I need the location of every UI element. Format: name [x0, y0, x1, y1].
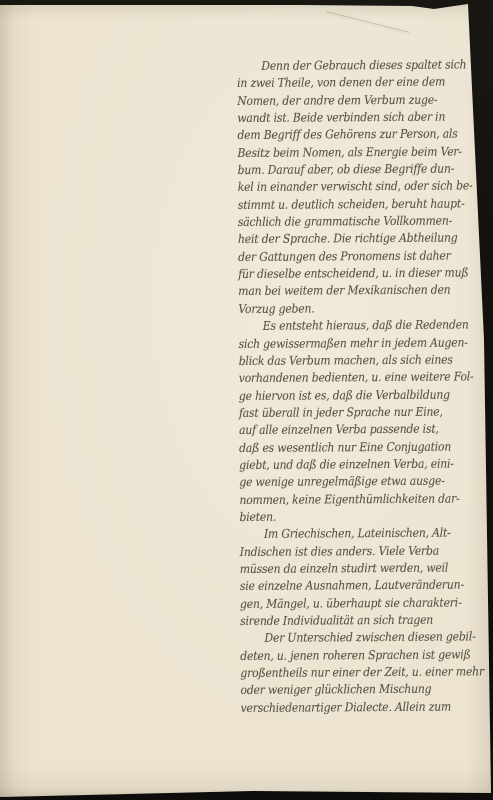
manuscript-line: für dieselbe entscheidend, u. in dieser …: [238, 264, 486, 283]
manuscript-line: daß es wesentlich nur Eine Conjugation: [239, 438, 487, 457]
manuscript-line: dem Begriff des Gehörens zur Person, als: [237, 126, 485, 145]
manuscript-line: oder weniger glücklichen Mischung: [240, 681, 488, 700]
manuscript-line: heit der Sprache. Die richtige Abtheilun…: [238, 230, 486, 249]
manuscript-paragraph: Denn der Gebrauch dieses spaltet sich in…: [237, 56, 487, 318]
manuscript-line: sie einzelne Ausnahmen, Lautveränderun-: [240, 577, 488, 596]
manuscript-line: gen, Mängel, u. überhaupt sie charakteri…: [240, 594, 488, 613]
manuscript-line: stimmt u. deutlich scheiden, beruht haup…: [238, 195, 486, 214]
manuscript-line: sirende Individualität an sich tragen: [240, 611, 488, 630]
manuscript-line: in zwei Theile, von denen der eine dem: [237, 74, 485, 93]
manuscript-line: Es entsteht hieraus, daß die Redenden: [238, 316, 486, 335]
manuscript-page: Denn der Gebrauch dieses spaltet sich in…: [0, 0, 493, 800]
manuscript-line: fast überall in jeder Sprache nur Eine,: [239, 403, 487, 422]
manuscript-line: blick das Verbum machen, als sich eines: [239, 351, 487, 370]
manuscript-line: bieten.: [239, 507, 487, 526]
manuscript-line: verschiedenartiger Dialecte. Allein zum: [241, 698, 489, 717]
manuscript-line: Besitz beim Nomen, als Energie beim Ver-: [237, 143, 485, 162]
manuscript-line: sich gewissermaßen mehr in jedem Augen-: [239, 334, 487, 353]
manuscript-line: auf alle einzelnen Verba passende ist,: [239, 421, 487, 440]
manuscript-line: Der Unterschied zwischen diesen gebil-: [240, 629, 488, 648]
manuscript-text-block: Denn der Gebrauch dieses spaltet sich in…: [237, 56, 489, 717]
manuscript-line: deten, u. jenen roheren Sprachen ist gew…: [240, 646, 488, 665]
manuscript-line: Indischen ist dies anders. Viele Verba: [240, 542, 488, 561]
paper-crease-mark: [326, 11, 410, 33]
manuscript-paragraph: Es entsteht hieraus, daß die Redenden si…: [238, 316, 488, 526]
manuscript-line: großentheils nur einer der Zeit, u. eine…: [240, 663, 488, 682]
manuscript-line: nommen, keine Eigenthümlichkeiten dar-: [239, 490, 487, 509]
manuscript-line: Vorzug geben.: [238, 299, 486, 318]
manuscript-line: sächlich die grammatische Vollkommen-: [238, 212, 486, 231]
manuscript-line: wandt ist. Beide verbinden sich aber in: [237, 108, 485, 127]
manuscript-line: ge wenige unregelmäßige etwa ausge-: [239, 473, 487, 492]
manuscript-line: der Gattungen des Pronomens ist daher: [238, 247, 486, 266]
manuscript-paragraph: Der Unterschied zwischen diesen gebil- d…: [240, 629, 489, 717]
manuscript-line: Im Griechischen, Lateinischen, Alt-: [240, 525, 488, 544]
manuscript-line: giebt, und daß die einzelnen Verba, eini…: [239, 455, 487, 474]
manuscript-line: ge hiervon ist es, daß die Verbalbildung: [239, 386, 487, 405]
manuscript-line: Nomen, der andre dem Verbum zuge-: [237, 91, 485, 110]
manuscript-line: kel in einander verwischt sind, oder sic…: [238, 178, 486, 197]
scan-background: Denn der Gebrauch dieses spaltet sich in…: [0, 0, 493, 800]
manuscript-line: man bei weitem der Mexikanischen den: [238, 282, 486, 301]
manuscript-paragraph: Im Griechischen, Lateinischen, Alt- Indi…: [240, 525, 489, 631]
manuscript-line: bum. Darauf aber, ob diese Begriffe dun-: [238, 160, 486, 179]
manuscript-line: müssen da einzeln studirt werden, weil: [240, 559, 488, 578]
manuscript-line: vorhandenen bedienten, u. eine weitere F…: [239, 368, 487, 387]
manuscript-line: Denn der Gebrauch dieses spaltet sich: [237, 56, 485, 75]
